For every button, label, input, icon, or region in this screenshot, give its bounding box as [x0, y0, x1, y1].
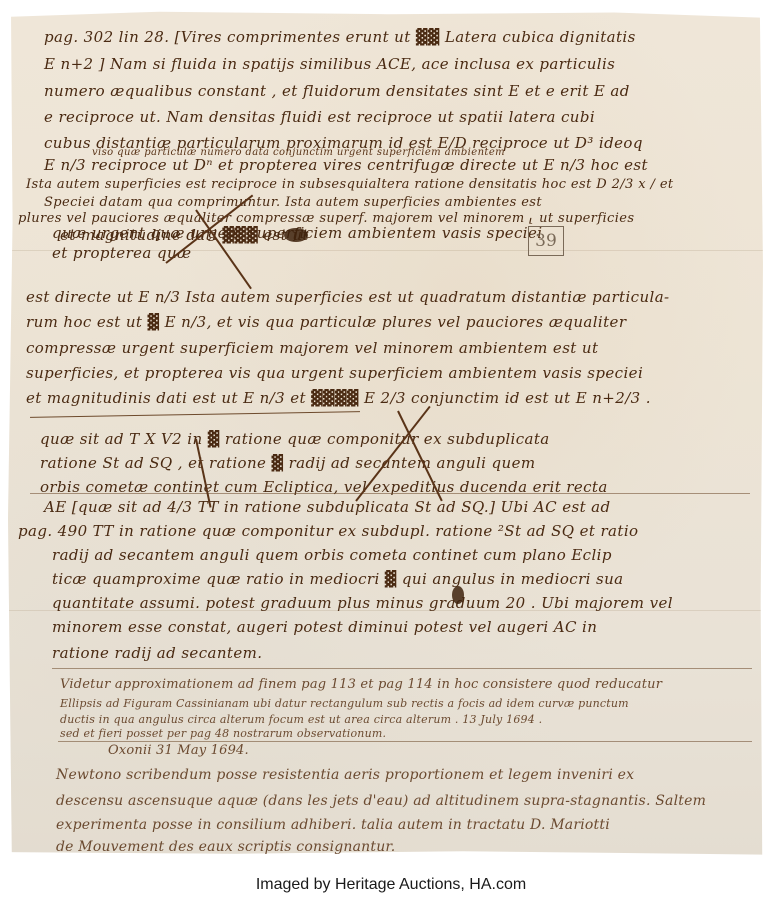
note-line: descensu ascensuque aquæ (dans les jets …: [56, 794, 706, 808]
note-line: experimenta posse in consilium adhiberi.…: [56, 818, 610, 832]
ms-line: E n/3 reciproce ut Dⁿ et propterea vires…: [44, 158, 648, 173]
ms-line: E n+2 ] Nam si fluida in spatijs similib…: [44, 57, 615, 72]
ms-line: quantitate assumi. potest graduum plus m…: [52, 596, 673, 611]
ms-interlinear: viso quæ particulæ numero data conjuncti…: [92, 148, 505, 158]
annotation-line: ductis in qua angulus circa alterum focu…: [60, 714, 542, 725]
ruled-line: [30, 493, 750, 494]
image-credit: Imaged by Heritage Auctions, HA.com: [0, 876, 782, 894]
ms-line: compressæ urgent superficiem majorem vel…: [26, 341, 598, 356]
place-date: Oxonii 31 May 1694.: [108, 744, 249, 757]
section-rule: [52, 668, 752, 669]
ms-line: minorem esse constat, augeri potest dimi…: [52, 620, 597, 635]
ms-line: e reciproce ut. Nam densitas fluidi est …: [44, 110, 595, 125]
ms-line: superficies, et propterea vis qua urgent…: [26, 366, 643, 381]
ms-line: AE [quæ sit ad 4/3 TT in ratione subdupl…: [44, 500, 611, 515]
annotation-line: Ellipsis ad Figuram Cassinianam ubi datu…: [60, 698, 629, 709]
ruled-line: [58, 741, 752, 742]
ms-line: est directe ut E n/3 Ista autem superfic…: [26, 290, 670, 305]
ms-line: et magnitudine dati ▓▓▓ est ut: [60, 228, 309, 243]
ink-blot: [452, 586, 464, 604]
ms-line: et magnitudinis dati est ut E n/3 et ▓▓▓…: [26, 391, 651, 406]
note-line: Newtono scribendum posse resistentia aer…: [56, 768, 634, 782]
ms-line: rum hoc est ut ▓ E n/3, et vis qua parti…: [26, 315, 626, 330]
ms-line: radij ad secantem anguli quem orbis come…: [52, 548, 612, 563]
ms-line: Speciei datam qua comprimuntur. Ista aut…: [44, 196, 542, 209]
ink-blot: [284, 228, 308, 242]
ms-line: Ista autem superficies est reciproce in …: [26, 178, 674, 191]
ms-line: ticæ quamproxime quæ ratio in mediocri ▓…: [52, 572, 624, 587]
note-line: de Mouvement des eaux scriptis consignan…: [56, 840, 395, 854]
ms-line: ratione St ad SQ , et ratione ▓ radij ad…: [40, 456, 536, 471]
ms-line: numero æqualibus constant , et fluidorum…: [44, 84, 630, 99]
annotation-line: sed et fieri posset per pag 48 nostrarum…: [60, 728, 386, 739]
ms-line: ratione radij ad secantem.: [52, 646, 262, 661]
ms-line: quæ sit ad T X V2 in ▓ ratione quæ compo…: [40, 432, 550, 447]
ms-line: pag. 490 TT in ratione quæ componitur ex…: [18, 524, 638, 539]
ms-line: pag. 302 lin 28. [Vires comprimentes eru…: [44, 30, 636, 45]
annotation-line: Videtur approximationem ad finem pag 113…: [60, 678, 662, 691]
page-number-box: 39: [528, 226, 564, 256]
